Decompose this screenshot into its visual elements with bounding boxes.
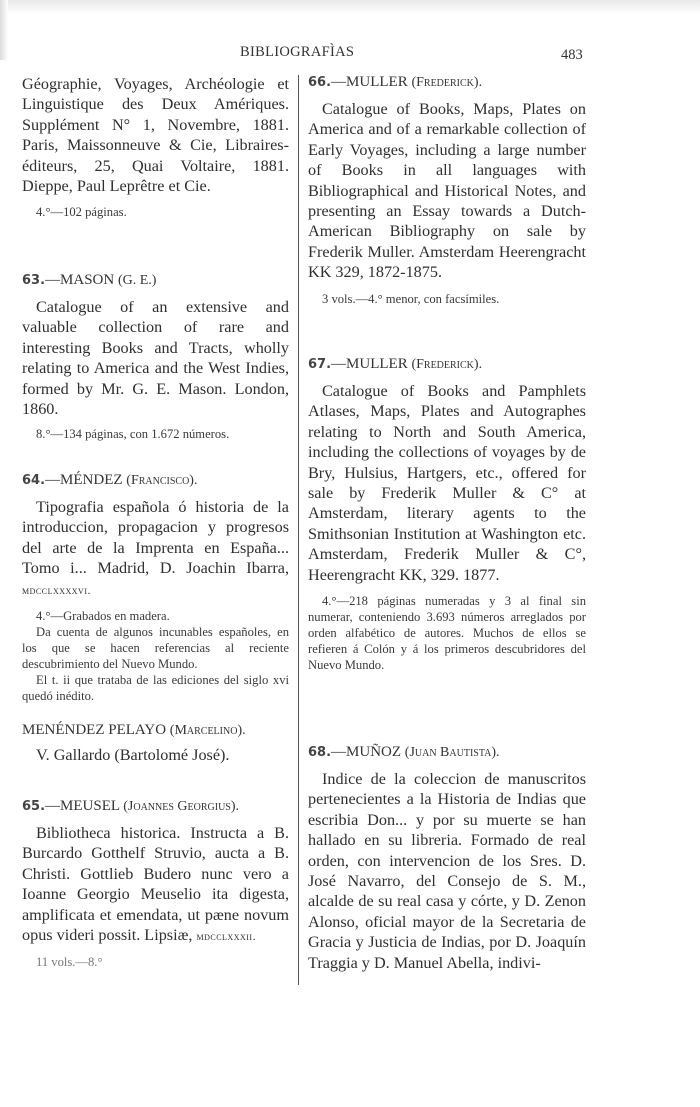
entry-author-detail: (G. E.) bbox=[118, 273, 157, 288]
entry-note: 4.°—Grabados en madera. bbox=[22, 608, 289, 624]
entry-text-main: Bibliotheca historica. Instructa a B. Bu… bbox=[22, 824, 289, 944]
entry-text: Catalogue of Books, Maps, Plates on Amer… bbox=[308, 99, 586, 283]
entry-note: Da cuenta de algunos incunables españole… bbox=[22, 624, 289, 672]
entry-author-detail: (Marcelino). bbox=[170, 723, 246, 738]
entry-author: —MUÑOZ bbox=[331, 744, 401, 760]
entry-heading: 67.—MULLER (Frederick). bbox=[308, 354, 586, 375]
entry-text: Tipografia española ó historia de la int… bbox=[22, 497, 289, 600]
entry-author: —MÉNDEZ bbox=[45, 472, 123, 488]
entry-heading: 63.—MASON (G. E.) bbox=[22, 270, 289, 291]
entry-heading: 64.—MÉNDEZ (Francisco). bbox=[22, 470, 289, 491]
entry-text: Catalogue of Books and Pamphlets Atlases… bbox=[308, 381, 586, 585]
entry-author: —MULLER bbox=[331, 74, 408, 90]
entry-note: 3 vols.—4.° menor, con facsímiles. bbox=[308, 291, 586, 307]
entry-author-detail: (Frederick). bbox=[411, 357, 482, 372]
entry-text-date: mdcclxxxxvi. bbox=[22, 583, 91, 597]
entry-text: Bibliotheca historica. Instructa a B. Bu… bbox=[22, 823, 289, 946]
continuation-note: 4.°—102 páginas. bbox=[22, 204, 289, 220]
running-head: BIBLIOGRAFÌAS 483 bbox=[0, 44, 700, 64]
page-number: 483 bbox=[561, 47, 583, 64]
entry-text-date: mdcclxxxii. bbox=[196, 929, 256, 943]
column-divider bbox=[298, 75, 299, 985]
entry-note: 8.°—134 páginas, con 1.672 números. bbox=[22, 426, 289, 442]
entry-text: Indice de la coleccion de manuscritos pe… bbox=[308, 769, 586, 973]
entry-menendez-pelayo: MENÉNDEZ PELAYO (Marcelino). V. Gallardo… bbox=[22, 720, 289, 765]
entry-text: Catalogue of an extensive and valuable c… bbox=[22, 297, 289, 419]
entry-heading: 68.—MUÑOZ (Juan Bautista). bbox=[308, 742, 586, 763]
entry-number: 64. bbox=[22, 473, 45, 488]
entry-author: MENÉNDEZ PELAYO bbox=[22, 722, 166, 738]
continuation-entry: Géographie, Voyages, Archéologie et Ling… bbox=[22, 74, 289, 220]
entry-text-main: Tipografia española ó historia de la int… bbox=[22, 498, 289, 577]
entry-author-detail: (Francisco). bbox=[126, 473, 197, 488]
cross-reference: V. Gallardo (Bartolomé José). bbox=[22, 745, 289, 765]
entry-note: 4.°—218 páginas numeradas y 3 al final s… bbox=[308, 593, 586, 673]
entry-author: —MASON bbox=[45, 272, 114, 288]
entry-66: 66.—MULLER (Frederick). Catalogue of Boo… bbox=[308, 72, 586, 307]
entry-number: 63. bbox=[22, 273, 45, 288]
entry-number: 68. bbox=[308, 745, 331, 760]
entry-author-detail: (Frederick). bbox=[411, 75, 482, 90]
entry-64: 64.—MÉNDEZ (Francisco). Tipografia españ… bbox=[22, 470, 289, 704]
entry-67: 67.—MULLER (Frederick). Catalogue of Boo… bbox=[308, 354, 586, 673]
entry-author-detail: (Juan Bautista). bbox=[405, 745, 500, 760]
page-edge-shading bbox=[0, 0, 700, 14]
entry-heading: 65.—MEUSEL (Joannes Georgius). bbox=[22, 796, 289, 817]
entry-number: 65. bbox=[22, 799, 45, 814]
continuation-text: Géographie, Voyages, Archéologie et Ling… bbox=[22, 74, 289, 196]
entry-63: 63.—MASON (G. E.) Catalogue of an extens… bbox=[22, 270, 289, 442]
entry-note: El t. ii que trataba de las ediciones de… bbox=[22, 672, 289, 704]
entry-number: 67. bbox=[308, 357, 331, 372]
entry-number: 66. bbox=[308, 75, 331, 90]
entry-heading: MENÉNDEZ PELAYO (Marcelino). bbox=[22, 720, 289, 741]
entry-author: —MEUSEL bbox=[45, 798, 119, 814]
entry-author-detail: (Joannes Georgius). bbox=[123, 799, 239, 814]
entry-author: —MULLER bbox=[331, 356, 408, 372]
entry-heading: 66.—MULLER (Frederick). bbox=[308, 72, 586, 93]
entry-65: 65.—MEUSEL (Joannes Georgius). Bibliothe… bbox=[22, 796, 289, 970]
entry-68: 68.—MUÑOZ (Juan Bautista). Indice de la … bbox=[308, 742, 586, 973]
running-title: BIBLIOGRAFÌAS bbox=[240, 44, 354, 61]
entry-note: 11 vols.—8.° bbox=[22, 954, 289, 970]
